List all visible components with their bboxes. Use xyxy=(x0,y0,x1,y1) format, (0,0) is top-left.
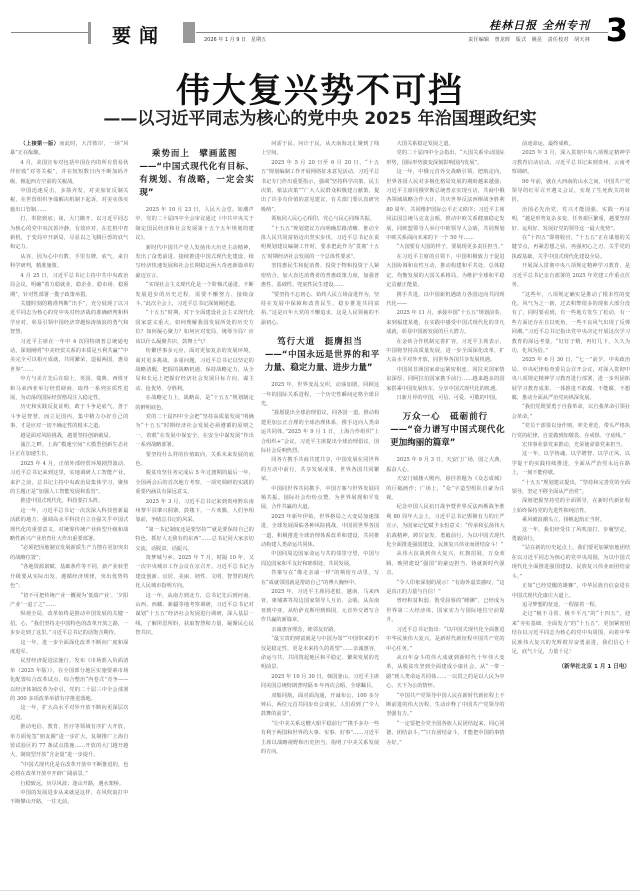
article-paragraph: （上接第一版）而此时，大洋彼岸，一场“风暴”正在酝酿。 xyxy=(10,140,128,159)
article-paragraph: “中国式现代化是在改革开放中不断推进的，也必将在改革开放中开辟广阔前景。” xyxy=(10,761,128,780)
article-paragraph: 前途命运、最终成败。 xyxy=(512,140,630,149)
article-paragraph: 这一年，以学铸魂、以学增智、以学正风、以学促干的实践持续推进，全面从严治党永远在… xyxy=(512,450,630,478)
article-paragraph: 2025 年 11 月，承接中国“十五五”规划前奏，来到福建某地，在实践中感受中… xyxy=(386,309,504,337)
paragraph-text: 90 年前，就在大西南的山水之间，中国共产党领导的红军召开遵义会议，实现了生死攸… xyxy=(512,179,630,204)
paragraph-text: “我们党既要勇于自我革命，以自我革命引领社会革命。” xyxy=(512,404,630,419)
article-paragraph: 在习近平主席的引领下，中国积极致力于促进大国协调和良性互动，推动构建和平共处、总… xyxy=(386,253,504,291)
paragraph-text: 2025 年 9 月 3 日，天安门广场，国之大典，振奋人心。 xyxy=(386,457,504,472)
paragraph-text: “这些年，八项规定确实是推动了根本性的变化，风气为之一新，过去积弊很多的现象大部… xyxy=(512,292,630,354)
column-5: 前途命运、最终成败。2025 年 3 月，深入贯彻中央八项规定精神学习教育启动启… xyxy=(512,140,630,880)
paragraph-text: 纷繁世事多元应，面对更加复杂的发展环境，面对更多挑战、多重问题，习近平总书记以坚… xyxy=(135,348,253,392)
paragraph-text: 走过“极不寻常、极不平凡”的“十四五”，迎来“夯实基础、全面发力”的“十五五”，… xyxy=(512,611,630,655)
bottom-rule xyxy=(0,890,640,891)
paragraph-text: 答案写在“像走亲戚一样”的频密互动里，写在“成就邻国就是帮助自己”的博大胸怀中。 xyxy=(261,570,379,585)
article-paragraph: 这一年，中俄元首外交战略引领，把航定向，世界各国人民对多极化格局发展的期盼越来越… xyxy=(386,168,504,243)
article-paragraph: 中国的发展进步从来就是这样，在风吹浪打中不断攀山开路，一往无前。 xyxy=(10,789,128,808)
paragraph-text: 这一年，习近平总书记一次次深入科技创新最活跃的地方，强调高水平科技自立自强关乎中… xyxy=(10,508,128,542)
article-paragraph: “令人印象深刻的展示！”有海外嘉宾感叹，“这是真正的力量与自信！” xyxy=(386,579,504,598)
paragraph-text: “站在新的历史起点上，我们要更加紧密地团结在以习近平同志为核心的党中央周围，为以… xyxy=(512,545,630,579)
paragraph-text: 这一年，以学铸魂、以学增智、以学正风、以学促干的实践持续推进，全面从严治党永远在… xyxy=(512,451,630,476)
paragraph-text: 民营经济促进法施行，发布《市场准入负面清单（2025 年版）》，在全国部分地区实… xyxy=(10,658,128,702)
masthead-block xyxy=(183,22,195,43)
section-heading-quote: ——“中国式现代化有目标、有规划、有战略，一定会实现” xyxy=(135,161,253,200)
article-paragraph: 中国同周边国家命运与共的邻里守望，中国与周边国家和平友好和睦相处、共同发展。 xyxy=(261,550,379,569)
paragraph-text: 行稳致远，历尽风波；逢山开路，遇水架桥。 xyxy=(20,781,124,787)
article-paragraph: “一定要把全党全国各族人民团结起来，同心同德，团结奋斗。”“只有团结奋斗，才能把… xyxy=(386,720,504,748)
paragraph-text: 历史和实践反复证明，敢于斗争是底气，善于斗争是智慧。而立足国内，集中精力办好自己… xyxy=(10,404,128,429)
paragraph-text: 2025 年 5 月 20 日至 6 月 20 日，“十五五”规划编制工作开展网… xyxy=(261,160,379,213)
article-paragraph: 习近平总书记指出：“以中国式现代化全面推进中华民族伟大复兴，是新时代新征程中国共… xyxy=(386,626,504,654)
article-paragraph: 2025 年，世界变乱交织，动荡加剧。回顾这一年的国际关系进程，一个历史性瞬间定… xyxy=(261,381,379,409)
article-paragraph: “最宝贵的财富就是与中国为邻”“中国带来的不仅是稳定性，更是未来持久的希望”……… xyxy=(261,635,379,673)
article-paragraph: 深刻把握坚持党的全面领导，在新时代新征程上始终保持党的先进性和纯洁性。 xyxy=(512,497,630,516)
paragraph-text: 在“十四五”即将收官、“十五五”正在谋划的关键节点，再紧思想之弦、再强初心之刃，… xyxy=(512,235,630,260)
paragraph-text: “中国式现代化是在改革开放中不断推进的，也必将在改革开放中开辟广阔前景。” xyxy=(10,762,128,777)
article-paragraph: 宏伟事业靠党来推动，光荣使命靠党来担当。 xyxy=(512,441,630,450)
article-paragraph: 脱贫攻坚任务完成后 5 年过渡期的最后一年，全国两会后的首次地方考察，一项究调研… xyxy=(135,469,253,497)
article-paragraph: 大国关系稳定发展之道。 xyxy=(386,140,504,149)
paragraph-text: 推进中国式现代化，科技要打头阵。 xyxy=(20,498,103,504)
article-paragraph: 关键时刻的精准判断“出手”，充分展现了以习近平同志为核心的党中央对经济战的准确研… xyxy=(10,300,128,338)
paragraph-text: 宏伟事业靠党来推动，光荣使命靠党来担当。 xyxy=(522,442,626,448)
article-paragraph: 这一年，扩大高水平对外开放不断向更深层次迈进。 xyxy=(10,704,128,723)
article-paragraph: 在金砖合作机制完善扩容，习近平主席表示，中国将坚持高质量发展，进一步全面深化改革… xyxy=(386,338,504,366)
article-paragraph: 打，奉陪到底；谈，大门敞开。以习近平同志为核心的党中央沉着冷静，有效应对，在危机… xyxy=(10,215,128,253)
paragraph-text: 4 月，美国宣布对包括中国在内的所有贸易伙伴征收“对等关税”，并在短短数日内不断… xyxy=(10,160,128,185)
article-paragraph: 治国必先治党，党兴才能国强。实践一再证明，“越是形势复杂多变、任务艰巨繁重，越要… xyxy=(512,206,630,234)
article-paragraph: 乘风破浪潮头立，扬帆起航正当时。 xyxy=(512,516,630,525)
paragraph-text: 纵观全局，改革始终是推动中国发展的关键一招。心，“我们坚持走中国特色的改革开放之… xyxy=(10,611,128,636)
article-paragraph: 党的二十届四中全会把“坚持高质量发展”明确为“十五五”时期经济社会发展必须遵循的… xyxy=(135,413,253,451)
paragraph-text: 天安门城楼大殿内，悬挂着题为《众志成城》的巨幅画作；广场上，“众”字造型组队自豪… xyxy=(386,476,504,501)
article-paragraph: 行稳致远，历尽风波；逢山开路，遇水架桥。 xyxy=(10,780,128,789)
article-paragraph: 追寻梦想的征途，一程接着一程。 xyxy=(512,601,630,610)
article-paragraph: 日新月异的中国，可信、可爱、可敬的中国。 xyxy=(386,394,504,403)
article-paragraph: 2025 年 3 月，习近平总书记来到贵州黔东南州黎平县肇兴侗寨。鼓楼下，一片欢… xyxy=(135,498,253,526)
paragraph-text: 同各方携手共商共建共享，中国发展在同世界的互动中前行，共享发展成果，世界各国共同… xyxy=(261,457,379,482)
paragraph-text: 关键时刻的精准判断“出手”，充分展现了以习近平同志为核心的党中央对经济战的准确研… xyxy=(10,301,128,335)
paragraph-text: 中国的发展进步从来就是这样，在风吹浪打中不断攀山开路，一往无前。 xyxy=(10,790,128,805)
paragraph-text: 脱贫攻坚任务完成后 5 年过渡期的最后一年，全国两会后的首次地方考察，一项究调研… xyxy=(135,470,253,495)
article-paragraph: 从容，因为心中有数，手里有牌，底气，来自科学研判，精准施策。 xyxy=(10,253,128,272)
masthead-tick xyxy=(88,22,91,44)
article-paragraph: “各地资源禀赋、基础条件等不同，新产业转型升级要从实际出发，遵循经济规律，突出优… xyxy=(10,563,128,591)
article-paragraph: “实现社会主义现代化是一个阶梯式递进、不断发展进步的历史过程，需要不懈努力、接续… xyxy=(135,281,253,309)
section-title: 要闻 xyxy=(112,21,166,48)
paragraph-text: 习近平总书记指出：“以中国式现代化全面推进中华民族伟大复兴，是新时代新征程中国共… xyxy=(386,627,504,652)
issue-date: 2026 年 1 月 9 日 星期五 xyxy=(204,36,266,43)
article-paragraph: 答案写在“像走亲戚一样”的频密互动里，写在“成就邻国就是帮助自己”的博大胸怀中。 xyxy=(261,569,379,588)
paragraph-text: “让中美关系这艘大船平稳前行”“携手多办一些有利于两国和世界的大事、实事、好事”… xyxy=(261,721,379,755)
article-columns: （上接第一版）而此时，大洋彼岸，一场“风暴”正在酝酿。4 月，美国宣布对包括中国… xyxy=(10,140,630,880)
paragraph-text: 习近平主席在一年中 4 次同特朗普总统通电话，深刻阐明“中美经贸关系的本质是互利… xyxy=(10,339,128,373)
article-paragraph: 携手共进，以中国新机遇助力各国迈向共同现代化—— xyxy=(386,291,504,310)
article-paragraph: “我们党既要勇于自我革命，以自我革命引领社会革命。” xyxy=(512,403,630,422)
paragraph-text: “十五五”规划建议提出，“坚持和完善党的全面领导，坚定不移全面从严治党”。 xyxy=(512,480,630,495)
article-paragraph: 在“十四五”即将收官、“十五五”正在谋划的关键节点，再紧思想之弦、再强初心之刃，… xyxy=(512,234,630,262)
section-heading-title: 笃行大道 挺膺担当 xyxy=(261,336,379,349)
paragraph-text: “党员干部要以身作则，率先垂范，带头严格执行党的纪律，自觉做到知敬畏、存戒惧、守… xyxy=(512,423,630,438)
article-paragraph: “这些年，八项规定确实是推动了根本性的变化，风气为之一新，过去积弊很多的现象大部… xyxy=(512,291,630,357)
section-heading-title: 乘势而上 擘画蓝图 xyxy=(135,148,253,161)
subheadline: ——以习近平同志为核心的党中央 2025 年治国理政纪实 xyxy=(0,104,640,129)
paragraph-text: 2025 年 11 月，承接中国“十五五”规划前奏，来到福建某地，在实践中感受中… xyxy=(386,310,504,335)
paragraph-text: 这一年，中俄元首外交战略引领，把航定向，世界各国人民对多极化格局发展的期盼越来越… xyxy=(386,169,504,241)
paragraph-text: “中国共产党领导中国人民在新时代新征程上不断前进的伟大历程，生动诠释了中国共产党… xyxy=(386,693,504,718)
byline: （新华社北京 1 月 1 日电） xyxy=(512,663,630,672)
article-paragraph: 历史和实践反复证明，敢于斗争是底气，善于斗争是智慧。而立足国内，集中精力办好自己… xyxy=(10,403,128,431)
column-3: 问需于民、问计于民，从天南海北汇聚到了线上空间。2025 年 5 月 20 日至… xyxy=(261,140,379,880)
article-paragraph: 4 月 25 日，习近平总书记主持中共中央政治局会议，明确“着力稳就业、稳企业、… xyxy=(10,272,128,300)
article-paragraph: “站在新的历史起点上，我们要更加紧密地团结在以习近平同志为核心的党中央周围，为以… xyxy=(512,544,630,582)
paragraph-text: 党的二十届四中全会指出，“大国关系牵动国际形势，国际形势演变深刻影响国内发展”。 xyxy=(386,150,504,165)
article-paragraph: 同各方携手共商共建共享，中国发展在同世界的互动中前行，共享发展成果，世界各国共同… xyxy=(261,456,379,484)
paragraph-text: 这一年，进一步全面深化改革不断向广度和深度进军。 xyxy=(10,640,128,655)
paragraph-text: “各地资源禀赋、基础条件等不同，新产业转型升级要从实际出发，遵循经济规律，突出优… xyxy=(10,564,128,589)
article-paragraph: 党的二十届四中全会指出，“大国关系牵动国际形势，国际形势演变深刻影响国内发展”。 xyxy=(386,149,504,168)
article-paragraph: 习近平主席在一年中 4 次同特朗普总统通电话，深刻阐明“中美经贸关系的本质是互利… xyxy=(10,338,128,376)
article-paragraph: 4 月，美国宣布对包括中国在内的所有贸易伙伴征收“对等关税”，并在短短数日内不断… xyxy=(10,159,128,187)
article-paragraph: 2025 年 6 月 30 日，“七一”前夕，中央政治局、中央纪律检查委员会召开… xyxy=(512,356,630,403)
paragraph-text: “实现社会主义现代化是一个阶梯式递进、不断发展进步的历史过程，需要不懈努力、接续… xyxy=(135,282,253,307)
paragraph-text: “大国要有大国的样子，要展现更多责任担当。” xyxy=(397,244,503,250)
paragraph-text: 正如“已经觉醒的雄狮”，中华民族自信奋进在中国式现代化康庄大道上。 xyxy=(512,583,630,598)
article-paragraph: 纵观全局，改革始终是推动中国发展的关键一招。心，“我们坚持走中国特色的改革开放之… xyxy=(10,610,128,638)
article-paragraph: 曾经积贫积弱、饱受屈辱的“睡狮”，已经成为世界第二大经济体，国家实力与国际地位空… xyxy=(386,597,504,625)
paragraph-text: 从容，因为心中有数，手里有牌，底气，来自科学研判，精准施策。 xyxy=(10,254,128,269)
masthead: 要闻 2026 年 1 月 9 日 星期五 桂林日报 全州专刊 责任编辑 曾龙晖… xyxy=(0,0,640,52)
article-paragraph: 推动电信、教育、医疗等领域有序扩大开放，单方面免签“朋友圈”进一步扩大，复制推广… xyxy=(10,723,128,761)
article-paragraph: 双船同航，面对面沟通，开诚布公，100 多分钟后，两位元首共同步出会谈室。人们看… xyxy=(261,692,379,720)
paragraph-text: 要坚持什么样的价值取向，关系未来发展的底色。 xyxy=(135,452,253,467)
article-paragraph: “必须把因地制宜发展新质生产力摆在更加突出的战略位置”； xyxy=(10,544,128,563)
article-paragraph: 问需于民、问计于民，从天南海北汇聚到了线上空间。 xyxy=(261,140,379,159)
paragraph-text: “十五五”规划建议方向明确思路清晰、推动全体人民共同富裕迈出坚实步伐。习近平总书… xyxy=(261,226,379,260)
article-paragraph: 越是面对风险挑战，越要坚持创新破局。 xyxy=(10,432,128,441)
paragraph-text: 前途命运、最终成败。 xyxy=(522,141,574,147)
paragraph-text: 曾经积贫积弱、饱受屈辱的“睡狮”，已经成为世界第二大经济体，国家实力与国际地位空… xyxy=(386,598,504,623)
article-paragraph: “党员干部要以身作则，率先垂范，带头严格执行党的纪律，自觉做到知敬畏、存戒惧、守… xyxy=(512,422,630,441)
paragraph-text: “最宝贵的财富就是与中国为邻”“中国带来的不仅是稳定性，更是未来持久的希望”……… xyxy=(261,636,379,670)
paragraph-text: 坚持惠民生和促消费、投资于物和投资于人紧密结合。加大直达消费者的普惠政策力度，加… xyxy=(261,263,379,288)
article-paragraph: 2025 年 9 月 3 日，天安门广场，国之大典，振奋人心。 xyxy=(386,456,504,475)
paragraph-text: 亲诚惠容理念，睦邻友好路。 xyxy=(271,627,338,633)
article-paragraph: 这一年，进一步全面深化改革不断向广度和深度进军。 xyxy=(10,639,128,658)
paragraph-text: 问需于民、问计于民，从天南海北汇聚到了线上空间。 xyxy=(261,141,379,156)
article-paragraph: 正如“已经觉醒的雄狮”，中华民族自信奋进在中国式现代化康庄大道上。 xyxy=(512,582,630,601)
article-paragraph: 中方与美方先后在瑞士、英国、瑞典、西班牙和马来西亚举行经贸磋商，取得一系列实质性… xyxy=(10,375,128,403)
article-paragraph: 民营经济促进法施行，发布《市场准入负面清单（2025 年版）》，在全国部分地区实… xyxy=(10,657,128,704)
article-paragraph: 筑梦城与乡。2025 年 7 月，时隔 10 年，又一次中央城市工作会议在京召开… xyxy=(135,554,253,592)
paragraph-text: “切不可把传统产业一概视为‘低端产业’、‘夕阳产业’一退了之”…… xyxy=(10,593,128,608)
paragraph-text: 2025 年，习近平主席同老挝、越南、马来西亚、柬埔寨等周边国家领导人互访、会晤… xyxy=(261,589,379,623)
article-paragraph: 2025 年 4 月，正值外部经贸环境剧烈波动，习近平总书记来到这里，实地调研人… xyxy=(10,460,128,498)
article-paragraph: 纪念中国人民抗日战争暨世界反法西斯战争胜利 80 周年大会上，习近平总书记铿锵有… xyxy=(386,503,504,550)
section-heading-quote: ——“奋力谱写中国式现代化更加绚丽的篇章” xyxy=(386,424,504,450)
article-paragraph: 推进中国式现代化，科技要打头阵。 xyxy=(10,497,128,506)
article-paragraph: 领航同人民心心相印，党心与民心同频共振。 xyxy=(261,215,379,224)
paragraph-text: “令人印象深刻的展示！”有海外嘉宾感叹，“这是真正的力量与自信！” xyxy=(386,580,504,595)
article-paragraph: “中国共产党领导中国人民在新时代新征程上不断前进的伟大历程，生动诠释了中国共产党… xyxy=(386,692,504,720)
article-paragraph: 走过“极不寻常、极不平凡”的“十四五”，迎来“夯实基础、全面发力”的“十五五”，… xyxy=(512,610,630,657)
paragraph-text: 这一年，从南方到北方，总书记先后到河南、山西、西藏、新疆等地考察调研，习近平总书… xyxy=(135,593,253,637)
column-4: 大国关系稳定发展之道。党的二十届四中全会指出，“大国关系牵动国际形势，国际形势演… xyxy=(386,140,504,880)
paragraph-text: 携手共进，以中国新机遇助力各国迈向共同现代化—— xyxy=(386,292,504,307)
paragraph-text: 打，奉陪到底；谈，大门敞开。以习近平同志为核心的党中央沉着冷静，有效应对，在危机… xyxy=(10,216,128,250)
continuation-marker: （上接第一版） xyxy=(20,141,59,147)
paragraph-text: 在金砖合作机制完善扩容，习近平主席表示，中国将坚持高质量发展，进一步全面深化改革… xyxy=(386,339,504,364)
paragraph-text: 在习近平主席的引领下，中国积极致力于促进大国协调和良性互动，推动构建和平共处、总… xyxy=(386,254,504,288)
column-2: 乘势而上 擘画蓝图——“中国式现代化有目标、有规划、有战略，一定会实现”2025… xyxy=(135,140,253,880)
article-paragraph: “大国要有大国的样子，要展现更多责任担当。” xyxy=(386,243,504,252)
paragraph-text: 双船同航，面对面沟通，开诚布公，100 多分钟后，两位元首共同步出会谈室。人们看… xyxy=(261,693,379,718)
masthead-rule-left xyxy=(11,32,89,33)
article-paragraph: 坚持惠民生和促消费、投资于物和投资于人紧密结合。加大直达消费者的普惠政策力度，加… xyxy=(261,262,379,290)
paragraph-text: 2025 年 6 月 30 日，“七一”前夕，中央政治局、中央纪律检查委员会召开… xyxy=(512,357,630,401)
article-paragraph: 中国同非洲国家命运紧密相连、同拉美国家情谊深厚、同阿拉伯国家携手前行……越来越多… xyxy=(386,366,504,394)
article-paragraph: “让中美关系这艘大船平稳前行”“携手多办一些有利于两国和世界的大事、实事、好事”… xyxy=(261,720,379,758)
section-heading-title: 万众一心 砥砺前行 xyxy=(386,411,504,424)
article-paragraph: “切不可把传统产业一概视为‘低端产业’、‘夕阳产业’一退了之”…… xyxy=(10,592,128,611)
paragraph-text: 纪念中国人民抗日战争暨世界反法西斯战争胜利 80 周年大会上，习近平总书记铿锵有… xyxy=(386,504,504,548)
paragraph-text: “一定要把全党全国各族人民团结起来，同心同德，团结奋斗。”“只有团结奋斗，才能把… xyxy=(386,721,504,746)
article-paragraph: 2025 年 10 月 23 日，人民大会堂。如潮声中，党的二十届四中全会审议通… xyxy=(135,206,253,244)
paragraph-text: 追寻梦想的征途，一程接着一程。 xyxy=(522,602,600,608)
paragraph-text: 2025 年 4 月，正值外部经贸环境剧烈波动，习近平总书记来到这里，实地调研人… xyxy=(10,461,128,495)
article-paragraph: 天安门城楼大殿内，悬挂着题为《众志成城》的巨幅画作；广场上，“众”字造型组队自豪… xyxy=(386,475,504,503)
article-paragraph: 从伟大抗战到伟大复兴，红旗招展，万众欢腾，映照建设“强国”的豪迈担当，铸就新时代… xyxy=(386,550,504,578)
paragraph-text: 中国同世界共同携手，中国方案与世界发展同频共振。国际社会纷纷点赞，为世界展现和平… xyxy=(261,486,379,511)
article-paragraph: “十五五”规划建议提出，“坚持和完善党的全面领导，坚定不移全面从严治党”。 xyxy=(512,479,630,498)
paragraph-text: 中国同周边国家命运与共的邻里守望，中国与周边国家和平友好和睦相处、共同发展。 xyxy=(261,551,379,566)
paragraph-text: “我愿提出全球治理倡议，同各国一道，推动构建更加公正合理的全球治理体系，携手迈向… xyxy=(261,410,379,454)
paragraph-text: 新时代中国共产党人发扬伟大历史主动精神，发出了奋勇前进、接续推进中国式现代化建设… xyxy=(135,245,253,279)
paragraph-text: 2025 年 3 月，深入贯彻中央八项规定精神学习教育启动启动。习近平总书记来到… xyxy=(512,150,630,175)
article-paragraph: “第一书记制度还是要坚持”“就是要保持自己的特色，抓好人无我有的东西”……总书记… xyxy=(135,526,253,554)
section-heading: 笃行大道 挺膺担当——“中国永远是世界的和平力量、稳定力量、进步力量” xyxy=(261,336,379,375)
paragraph-text: 开展深入贯彻中央八项规定精神学习教育，是习近平总书记亲自部署的 2025 年党建… xyxy=(512,263,630,288)
article-paragraph: 亲诚惠容理念，睦邻友好路。 xyxy=(261,626,379,635)
article-paragraph: 开展深入贯彻中央八项规定精神学习教育，是习近平总书记亲自部署的 2025 年党建… xyxy=(512,262,630,290)
paragraph-text: 中方与美方先后在瑞士、英国、瑞典、西班牙和马来西亚举行经贸磋商，取得一系列实质性… xyxy=(10,376,128,401)
paragraph-text: “十五五”时期，对于全面建设社会主义现代化国家意义重大。如何理解我国发展所处的历… xyxy=(135,310,253,344)
article-paragraph: 新时代中国共产党人发扬伟大历史主动精神，发出了奋勇前进、接续推进中国式现代化建设… xyxy=(135,244,253,282)
paragraph-text: 领航同人民心心相印，党心与民心同频共振。 xyxy=(271,216,375,222)
article-paragraph: 浦江之畔，上海“模速空间”大模型创新生态社区正在加速生长。 xyxy=(10,441,128,460)
paper-name: 桂林日报 全州专刊 xyxy=(489,17,590,33)
section-heading: 乘势而上 擘画蓝图——“中国式现代化有目标、有规划、有战略，一定会实现” xyxy=(135,148,253,200)
article-paragraph: “我愿提出全球治理倡议，同各国一道，推动构建更加公正合理的全球治理体系，携手迈向… xyxy=(261,409,379,456)
paragraph-text: 这一年，我们经受住了风吹浪打，步履坚定，勇毅前行。 xyxy=(512,527,630,542)
article-paragraph: 2025 年，习近平主席同老挝、越南、马来西亚、柬埔寨等周边国家领导人互访、会晤… xyxy=(261,588,379,626)
paragraph-text: 深刻把握坚持党的全面领导，在新时代新征程上始终保持党的先进性和纯洁性。 xyxy=(512,498,630,513)
paragraph-text: 4 月 25 日，习近平总书记主持中共中央政治局会议，明确“着力稳就业、稳企业、… xyxy=(10,273,128,298)
paragraph-text: 2025 年，世界变乱交织，动荡加剧。回顾这一年的国际关系进程，一个历史性瞬间定… xyxy=(261,382,379,407)
paragraph-text: 越是面对风险挑战，越要坚持创新破局。 xyxy=(20,433,113,439)
paragraph-text: 中国同非洲国家命运紧密相连、同拉美国家情谊深厚、同阿拉伯国家携手前行……越来越多… xyxy=(386,367,504,392)
paragraph-text: “第一书记制度还是要坚持”“就是要保持自己的特色，抓好人无我有的东西”……总书记… xyxy=(135,527,253,552)
article-paragraph: “十五五”规划建议方向明确思路清晰、推动全体人民共同富裕迈出坚实步伐。习近平总书… xyxy=(261,225,379,263)
paragraph-text: 筑梦城与乡。2025 年 7 月，时隔 10 年，又一次中央城市工作会议在京召开… xyxy=(135,555,253,589)
paragraph-text: 从百年奋斗的伟大成就到新时代十年伟大变革，从脱贫攻坚到全面建成小康社会，从“一带… xyxy=(386,655,504,689)
article-paragraph: 2025 年 10 月 30 日，韩国釜山。习近平主席同美国总统特朗普时隔 6 … xyxy=(261,673,379,692)
article-paragraph: 这一年，我们经受住了风吹浪打，步履坚定，勇毅前行。 xyxy=(512,526,630,545)
paragraph-text: 浦江之畔，上海“模速空间”大模型创新生态社区正在加速生长。 xyxy=(10,442,128,457)
paragraph-text: 这一年，扩大高水平对外开放不断向更深层次迈进。 xyxy=(10,705,128,720)
paragraph-text: 大国关系稳定发展之道。 xyxy=(397,141,454,147)
article-paragraph: 2025 年 5 月 20 日至 6 月 20 日，“十五五”规划编制工作开展网… xyxy=(261,159,379,215)
paragraph-text: 从伟大抗战到伟大复兴，红旗招展，万众欢腾，映照建设“强国”的豪迈担当，铸就新时代… xyxy=(386,551,504,576)
paragraph-text: 2025 年 3 月，习近平总书记来到贵州黔东南州黎平县肇兴侗寨。鼓楼下，一片欢… xyxy=(135,499,253,524)
article-paragraph: 2025 年 3 月，深入贯彻中央八项规定精神学习教育启动启动。习近平总书记来到… xyxy=(512,149,630,177)
paragraph-text: 推动电信、教育、医疗等领域有序扩大开放，单方面免签“朋友圈”进一步扩大，复制推广… xyxy=(10,724,128,758)
article-paragraph: 中国迅速反击，多箭齐发，对美加征反制关税，在世贸组织争端解决机制下起诉，对美实体… xyxy=(10,187,128,215)
paragraph-text: 日新月异的中国，可信、可爱、可敬的中国。 xyxy=(397,395,501,401)
paragraph-text: “要坚持不忘初心、始终人民立场奋进作为，坚持在发展中保障和改善民生，稳步推进共同… xyxy=(261,292,379,326)
article-paragraph: “十五五”时期，对于全面建设社会主义现代化国家意义重大。如何理解我国发展所处的历… xyxy=(135,309,253,347)
editor-credits: 责任编辑 曾龙晖 版式 姚昆 责任校对 胡天林 xyxy=(468,36,590,43)
paragraph-text: 乘风破浪潮头立，扬帆起航正当时。 xyxy=(522,517,605,523)
column-1: （上接第一版）而此时，大洋彼岸，一场“风暴”正在酝酿。4 月，美国宣布对包括中国… xyxy=(10,140,128,880)
page-number: 3 xyxy=(606,14,628,46)
paragraph-text: 党的二十届四中全会把“坚持高质量发展”明确为“十五五”时期经济社会发展必须遵循的… xyxy=(135,414,253,448)
article-paragraph: “要坚持不忘初心、始终人民立场奋进作为，坚持在发展中保障和改善民生，稳步推进共同… xyxy=(261,291,379,329)
paragraph-text: 2025 年 10 月 30 日，韩国釜山。习近平主席同美国总统特朗普时隔 6 … xyxy=(261,674,379,689)
article-paragraph: 中国同世界共同携手，中国方案与世界发展同频共振。国际社会纷纷点赞，为世界展现和平… xyxy=(261,485,379,513)
article-paragraph: 要坚持什么样的价值取向，关系未来发展的底色。 xyxy=(135,451,253,470)
paragraph-text: “必须把因地制宜发展新质生产力摆在更加突出的战略位置”； xyxy=(10,545,128,560)
article-paragraph: 这一年，从南方到北方，总书记先后到河南、山西、西藏、新疆等地考察调研，习近平总书… xyxy=(135,592,253,639)
section-heading-quote: ——“中国永远是世界的和平力量、稳定力量、进步力量” xyxy=(261,349,379,375)
article-paragraph: 2025 年新年伊始，世界格局之大变局加速演进，全球发展面临各种风险挑战。中国同… xyxy=(261,513,379,551)
article-paragraph: 从百年奋斗的伟大成就到新时代十年伟大变革，从脱贫攻坚到全面建成小康社会，从“一带… xyxy=(386,654,504,692)
paragraph-text: 2025 年 10 月 23 日，人民大会堂。如潮声中，党的二十届四中全会审议通… xyxy=(135,207,253,241)
article-paragraph: 纷繁世事多元应，面对更加复杂的发展环境，面对更多挑战、多重问题，习近平总书记以坚… xyxy=(135,347,253,394)
article-paragraph: 在战略定力上，战略高，是“十五五”规划制定的鲜明底色。 xyxy=(135,394,253,413)
article-paragraph: 90 年前，就在大西南的山水之间，中国共产党领导的红军召开遵义会议，实现了生死攸… xyxy=(512,178,630,206)
paragraph-text: 中国迅速反击，多箭齐发，对美加征反制关税，在世贸组织争端解决机制下起诉，对美实体… xyxy=(10,188,128,213)
paragraph-text: 治国必先治党，党兴才能国强。实践一再证明，“越是形势复杂多变、任务艰巨繁重，越要… xyxy=(512,207,630,232)
paragraph-text: 2025 年新年伊始，世界格局之大变局加速演进，全球发展面临各种风险挑战。中国同… xyxy=(261,514,379,548)
paragraph-text: 在战略定力上，战略高，是“十五五”规划制定的鲜明底色。 xyxy=(135,395,253,410)
section-heading: 万众一心 砥砺前行——“奋力谱写中国式现代化更加绚丽的篇章” xyxy=(386,411,504,450)
article-paragraph: 这一年，习近平总书记一次次深入科技创新最活跃的地方，强调高水平科技自立自强关乎中… xyxy=(10,507,128,545)
